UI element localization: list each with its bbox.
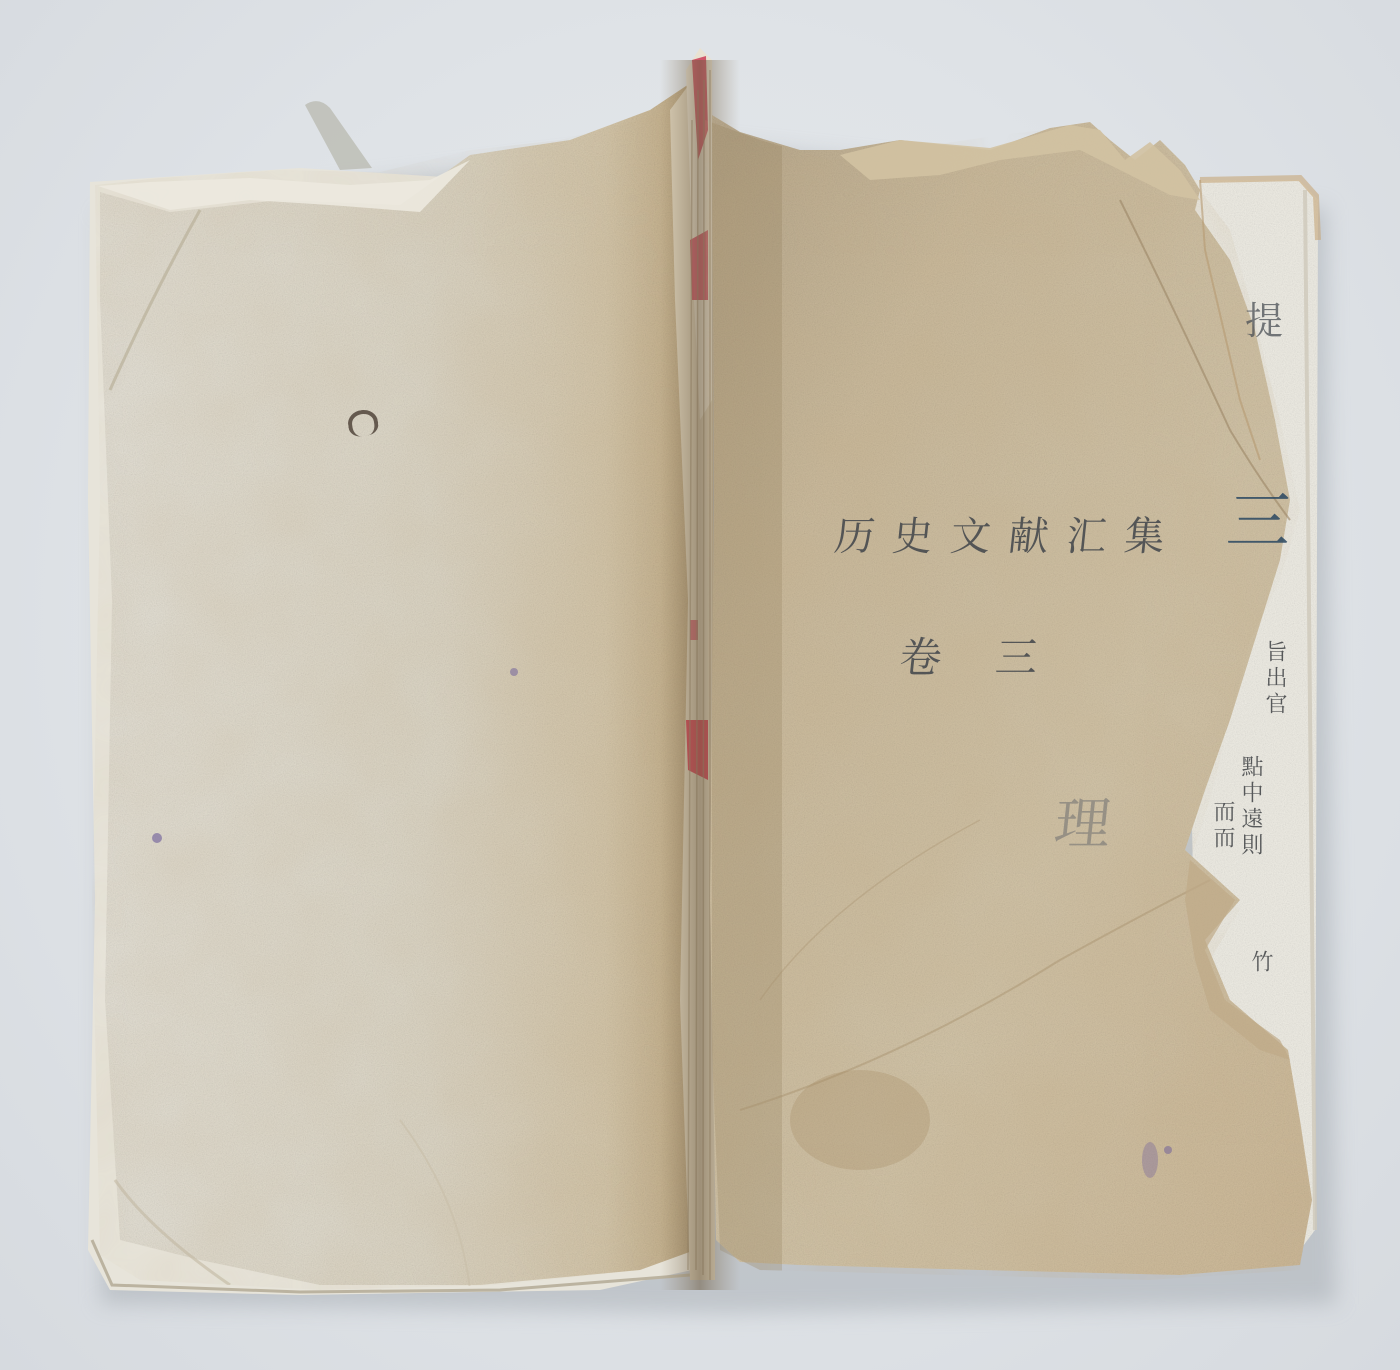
margin-numeral: 三 xyxy=(1223,470,1297,562)
printed-column-1: 旨出官 xyxy=(1262,640,1286,718)
handwritten-volume: 卷三 xyxy=(897,625,1095,685)
faint-bleed-text xyxy=(230,540,650,800)
book-photo xyxy=(0,0,1400,1370)
handwritten-title: 历史文献汇集 xyxy=(832,505,1186,562)
printed-column-2: 點中遠則 xyxy=(1238,755,1262,859)
printed-char-top: 提 xyxy=(1245,290,1283,345)
faint-character: 理 xyxy=(1051,780,1115,860)
printed-column-3: 而而 xyxy=(1210,800,1234,852)
printed-column-4: 竹 xyxy=(1248,950,1272,976)
